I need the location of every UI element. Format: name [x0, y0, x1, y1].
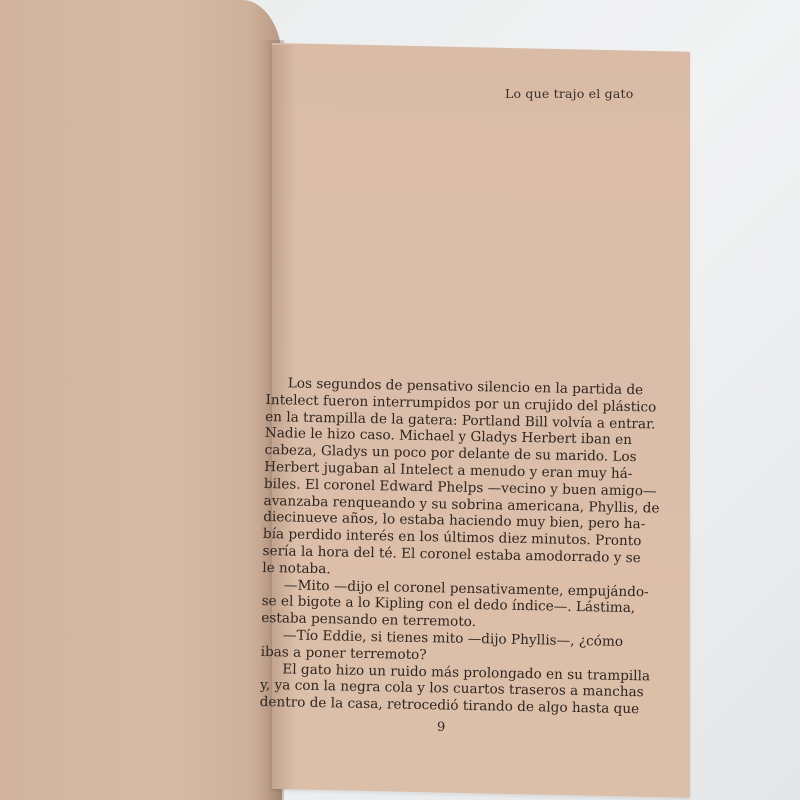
page-number: 9	[437, 720, 445, 735]
body-text: Los segundos de pensativo silencio en la…	[260, 375, 671, 719]
left-page	[0, 0, 282, 800]
running-head: Lo que trajo el gato	[505, 86, 633, 101]
